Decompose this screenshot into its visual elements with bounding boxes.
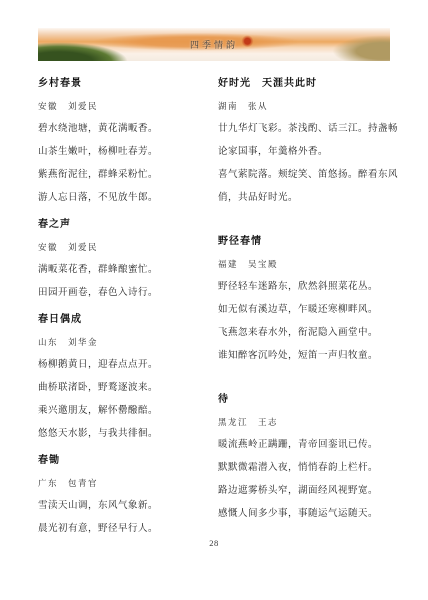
poem-line: 悠悠天水影，与我共徘徊。 — [38, 423, 213, 446]
left-column: 乡村春景 安徽 刘爱民 碧水绕池塘，黄花满畈香。 山茶生嫩叶，杨柳吐春芳。 紫燕… — [38, 72, 213, 544]
poem-line: 游人忘日落，不见放牛郎。 — [38, 187, 213, 210]
poem: 乡村春景 安徽 刘爱民 碧水绕池塘，黄花满畈香。 山茶生嫩叶，杨柳吐春芳。 紫燕… — [38, 72, 213, 210]
poem: 春锄 广东 包青官 雪渎天山调，东风气象新。 晨光初有意，野径早行人。 — [38, 449, 213, 541]
poem-line: 飞燕忽来春水外，衔泥隐入画堂中。 — [218, 322, 410, 345]
poem-title: 待 — [218, 388, 410, 411]
poem-line: 雪渎天山调，东风气象新。 — [38, 495, 213, 518]
poem-line: 路边遮雾桥头窄，湖面经风视野宽。 — [218, 480, 410, 503]
poem: 春之声 安徽 刘爱民 满畈菜花香，群蜂酿蜜忙。 田园开画卷，春色入诗行。 — [38, 213, 213, 305]
poem-author: 山东 刘华金 — [38, 331, 213, 354]
poem: 春日偶成 山东 刘华金 杨柳鹅黄日，迎春点点开。 曲桥联渚卧，野鹜逐波来。 乘兴… — [38, 308, 213, 446]
poem-line: 乘兴邀朋友，解怀罍醱醅。 — [38, 400, 213, 423]
poem-line: 曲桥联渚卧，野鹜逐波来。 — [38, 377, 213, 400]
poem-line: 山茶生嫩叶，杨柳吐春芳。 — [38, 141, 213, 164]
document-page: 四季情韵 乡村春景 安徽 刘爱民 碧水绕池塘，黄花满畈香。 山茶生嫩叶，杨柳吐春… — [0, 0, 428, 600]
poem-title: 春之声 — [38, 213, 213, 236]
poem: 待 黑龙江 王志 暖流燕岭正蹒跚，青帝回銮讯已传。 默默微霜潜入夜，悄悄春韵上栏… — [218, 388, 410, 526]
poem-title: 乡村春景 — [38, 72, 213, 95]
poem-line: 田园开画卷，春色入诗行。 — [38, 282, 213, 305]
poem-line: 廿九华灯飞彩。茶浅酌、话三江。持盏畅 — [218, 118, 410, 141]
poem: 野径春情 福建 吴宝殿 野径轻车迷路东，欣然斜照菜花丛。 如无似有溪边草，乍暖还… — [218, 230, 410, 368]
poem-author: 湖南 张从 — [218, 95, 410, 118]
poem-line: 喜气萦院落。颊绽笑、笛悠扬。醉看东风 — [218, 164, 410, 187]
poem-line: 论家国事，年羹格外香。 — [218, 141, 410, 164]
poem-line: 谁知醉客沉吟处，短笛一声归牧童。 — [218, 345, 410, 368]
header-banner-image: 四季情韵 — [38, 28, 390, 61]
poem-line: 俏，共品好时光。 — [218, 187, 410, 210]
poem-line: 如无似有溪边草，乍暖还寒柳畔风。 — [218, 299, 410, 322]
poem-author: 安徽 刘爱民 — [38, 236, 213, 259]
right-column: 好时光 天涯共此时 湖南 张从 廿九华灯飞彩。茶浅酌、话三江。持盏畅 论家国事，… — [218, 72, 410, 546]
banner-title: 四季情韵 — [190, 38, 238, 51]
poem-line: 碧水绕池塘，黄花满畈香。 — [38, 118, 213, 141]
poem-author: 黑龙江 王志 — [218, 411, 410, 434]
poem-line: 紫燕衔泥往，群蜂采粉忙。 — [38, 164, 213, 187]
poem-title: 春日偶成 — [38, 308, 213, 331]
poem-line: 暖流燕岭正蹒跚，青帝回銮讯已传。 — [218, 434, 410, 457]
poem-line: 杨柳鹅黄日，迎春点点开。 — [38, 354, 213, 377]
poem-line: 野径轻车迷路东，欣然斜照菜花丛。 — [218, 276, 410, 299]
poem-author: 广东 包青官 — [38, 472, 213, 495]
poem-title: 野径春情 — [218, 230, 410, 253]
poem-title: 春锄 — [38, 449, 213, 472]
poem-title: 好时光 天涯共此时 — [218, 72, 410, 95]
page-number: 28 — [0, 538, 428, 548]
poem-author: 福建 吴宝殿 — [218, 253, 410, 276]
poem-author: 安徽 刘爱民 — [38, 95, 213, 118]
poem-line: 感慨人间多少事，事随运气运随天。 — [218, 503, 410, 526]
poem-line: 满畈菜花香，群蜂酿蜜忙。 — [38, 259, 213, 282]
poem: 好时光 天涯共此时 湖南 张从 廿九华灯飞彩。茶浅酌、话三江。持盏畅 论家国事，… — [218, 72, 410, 210]
poem-line: 默默微霜潜入夜，悄悄春韵上栏杆。 — [218, 457, 410, 480]
